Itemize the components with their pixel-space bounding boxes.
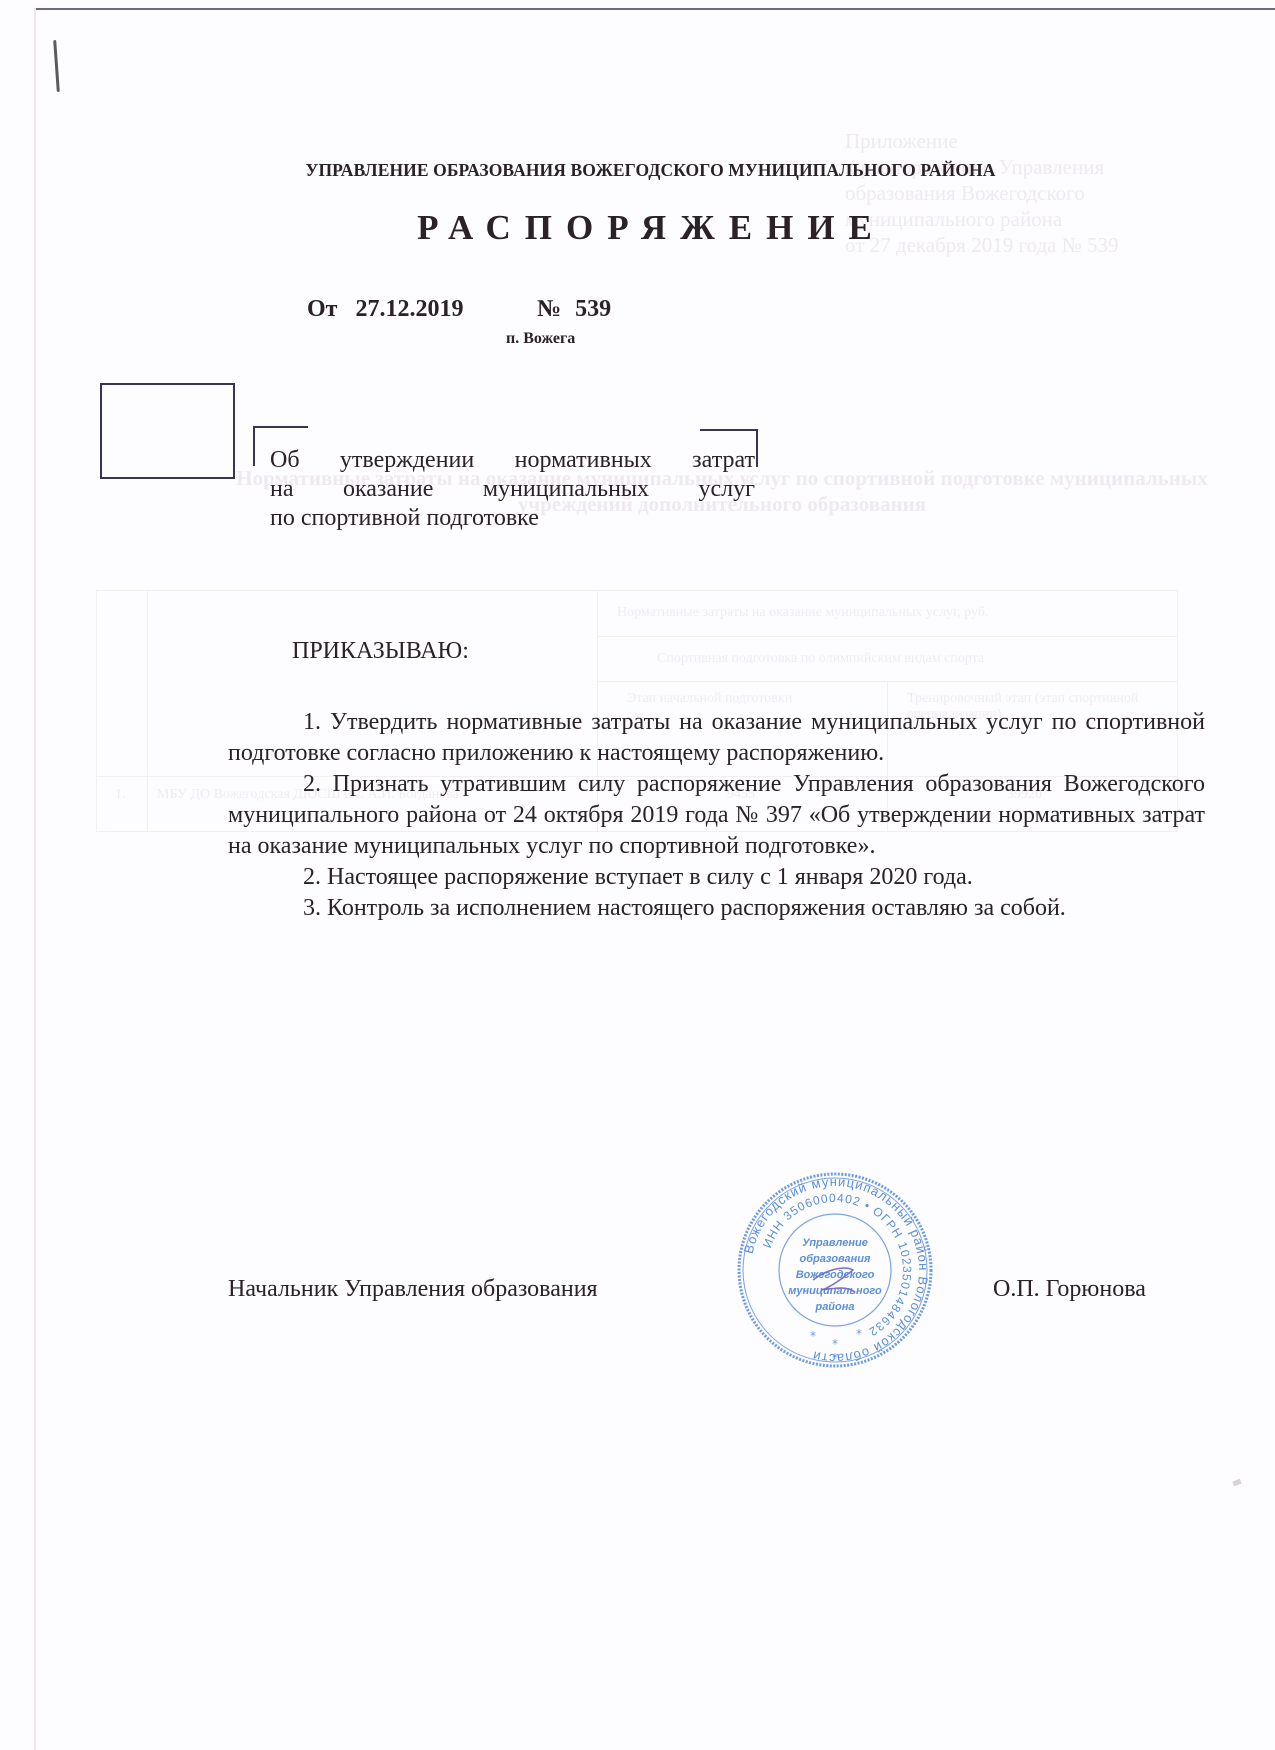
page-edge-left [34, 8, 36, 1750]
document-number: 539 [575, 296, 611, 322]
paragraph-1: 1. Утвердить нормативные затраты на оказ… [228, 707, 1205, 769]
paragraph-2: 2. Признать утратившим силу распоряжение… [228, 769, 1205, 862]
registration-box [100, 383, 235, 479]
document-date: 27.12.2019 [355, 296, 463, 322]
paragraph-4: 3. Контроль за исполнением настоящего ра… [228, 893, 1205, 924]
ghost-cell: Нормативные затраты на оказание муниципа… [617, 605, 988, 621]
number-label: № [537, 296, 561, 322]
subject-line: на оказание муниципальных услуг [270, 475, 755, 504]
ghost-row-line [597, 681, 1177, 682]
ghost-col-line [147, 591, 148, 831]
signatory-title: Начальник Управления образования [228, 1276, 598, 1303]
document-number-group: № 539 [537, 296, 611, 323]
svg-text:муниципального: муниципального [788, 1285, 882, 1297]
official-seal-icon: Вожегодский муниципальный район Вологодс… [735, 1170, 935, 1370]
paragraph-3: 2. Настоящее распоряжение вступает в сил… [228, 862, 1205, 893]
svg-text:*: * [810, 1329, 816, 1343]
page-edge-top [35, 8, 1275, 10]
svg-text:Вожегодского: Вожегодского [796, 1269, 875, 1281]
svg-text:Управление: Управление [802, 1237, 868, 1249]
ghost-cell: Этап начальной подготовки [627, 691, 792, 707]
svg-text:*: * [832, 1337, 838, 1351]
subject-bracket-left [253, 426, 308, 428]
ghost-row-line [597, 636, 1177, 637]
svg-text:образования: образования [799, 1253, 871, 1265]
subject-bracket-right [700, 429, 758, 431]
svg-text:*: * [856, 1327, 862, 1341]
pen-mark [53, 40, 60, 92]
document-subject: Об утверждении нормативных затрат на ока… [270, 446, 755, 533]
orders-label: ПРИКАЗЫВАЮ: [292, 638, 469, 665]
subject-line: по спортивной подготовке [270, 504, 755, 533]
subject-bracket-left [253, 426, 255, 466]
ghost-line: образования Вожегодского [845, 180, 1245, 206]
date-label: От [307, 296, 337, 322]
ghost-line: Приложение [845, 128, 1245, 154]
subject-bracket-right [756, 429, 758, 467]
svg-text:*: * [832, 1351, 838, 1365]
stray-mark [1232, 1479, 1241, 1486]
ghost-cell: Спортивная подготовка по олимпийским вид… [657, 651, 984, 667]
organization-header: УПРАВЛЕНИЕ ОБРАЗОВАНИЯ ВОЖЕГОДСКОГО МУНИ… [0, 160, 1275, 181]
subject-line: Об утверждении нормативных затрат [270, 446, 755, 475]
signatory-name: О.П. Горюнова [993, 1276, 1146, 1303]
ghost-cell: 1. [115, 787, 126, 803]
document-body: 1. Утвердить нормативные затраты на оказ… [228, 707, 1205, 924]
document-type-title: РАСПОРЯЖЕНИЕ [0, 208, 1275, 248]
date-number-line: От 27.12.2019 № 539 [307, 296, 463, 323]
place: п. Вожега [506, 330, 575, 348]
svg-text:района: района [814, 1301, 854, 1313]
